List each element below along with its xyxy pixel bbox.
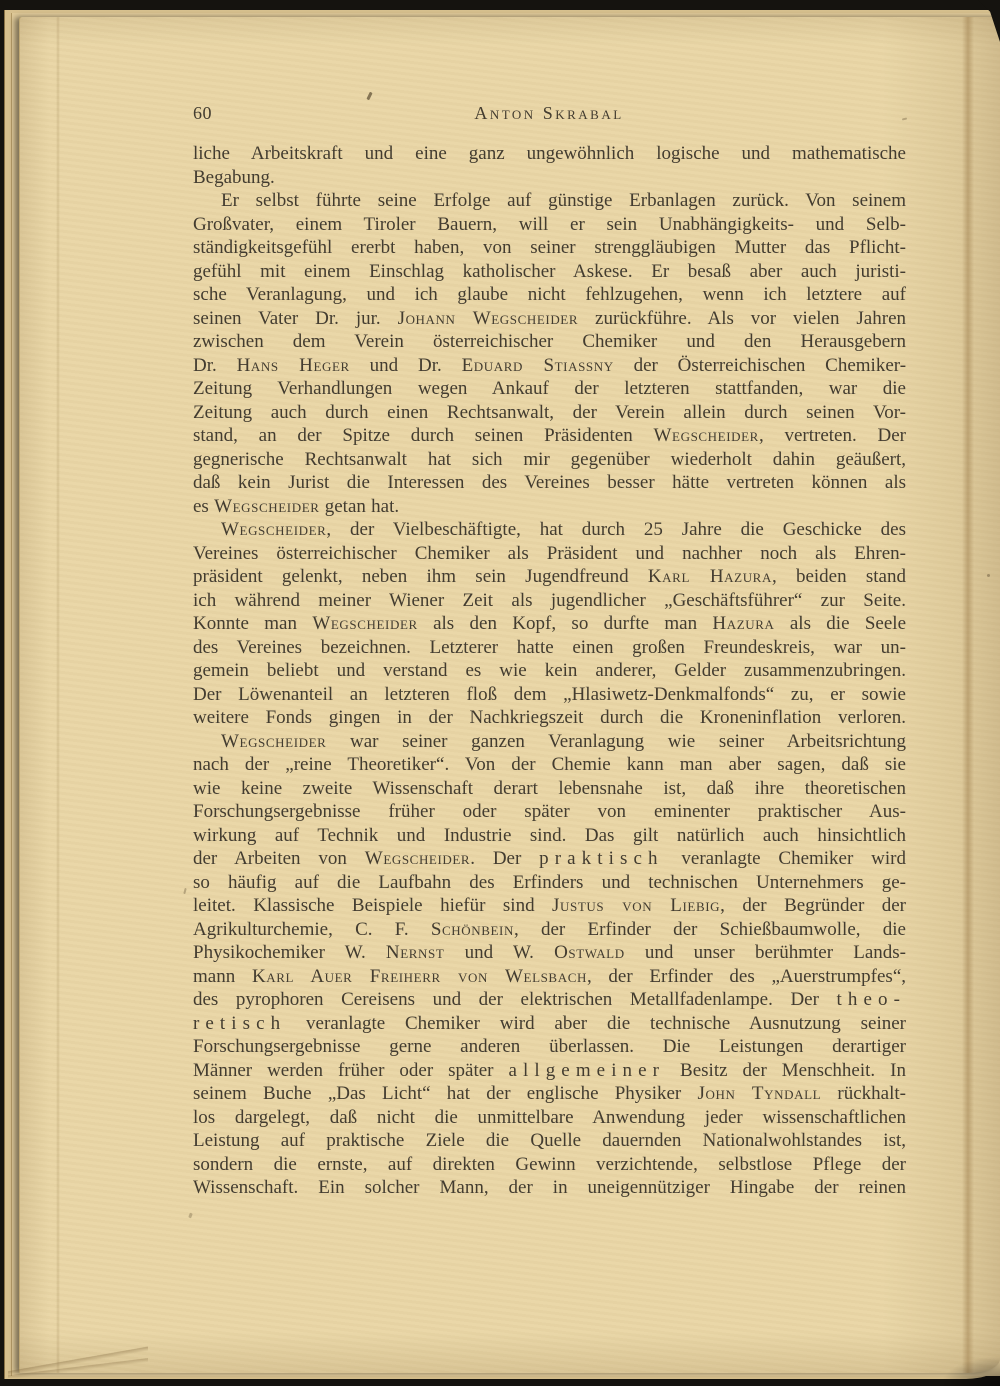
text-line: Wegscheider, der Vielbeschäftigte, hat d… xyxy=(193,518,906,542)
text-segment: Besitz der Menschheit. In xyxy=(665,1060,906,1081)
text-segment: und unser berühmter Lands- xyxy=(625,942,906,963)
text-segment: gemein beliebt und verstand es wie kein … xyxy=(193,660,906,681)
text-segment: daß kein Jurist die Interessen des Verei… xyxy=(193,472,906,493)
text-segment: Konnte man xyxy=(193,613,312,634)
text-segment: so häufig auf die Laufbahn des Erfinders… xyxy=(193,872,906,893)
text-line: gegnerische Rechtsanwalt hat sich mir ge… xyxy=(193,448,906,472)
text-line: Vereines österreichischer Chemiker als P… xyxy=(193,542,906,566)
text-line: Dr. Hans Heger und Dr. Eduard Stiassny d… xyxy=(193,354,906,378)
text-line: leitet. Klassische Beispiele hiefür sind… xyxy=(193,894,906,918)
text-line: stand, an der Spitze durch seinen Präsid… xyxy=(193,424,906,448)
text-line: zwischen dem Verein österreichischer Che… xyxy=(193,330,906,354)
text-line: Forschungsergebnisse früher oder später … xyxy=(193,800,906,824)
text-segment: . Der xyxy=(470,848,539,869)
page-number: 60 xyxy=(193,103,212,124)
text-segment: des Vereines bezeichnen. Letzterer hatte… xyxy=(193,637,906,658)
text-segment: , der Erfinder des „Auerstrumpfes“, xyxy=(587,966,906,987)
person-name: Wegscheider xyxy=(312,613,417,634)
text-segment: und W. xyxy=(444,942,554,963)
text-segment: Physikochemiker W. xyxy=(193,942,386,963)
text-segment: präsident gelenkt, neben ihm sein Jugend… xyxy=(193,566,648,587)
body-text: liche Arbeitskraft und eine ganz ungewöh… xyxy=(193,142,906,1200)
text-segment: Der Löwenanteil an letzteren floß dem „H… xyxy=(193,684,906,705)
text-segment: veranlagte Chemiker wird xyxy=(664,848,906,869)
text-segment: , der Erfinder der Schießbaumwolle, die xyxy=(514,919,906,940)
text-segment: Zeitung auch durch einen Rechtsanwalt, d… xyxy=(193,402,906,423)
text-segment: stand, an der Spitze durch seinen Präsid… xyxy=(193,425,654,446)
left-margin-fold xyxy=(56,17,60,1373)
text-segment: los dargelegt, daß nicht die unmittelbar… xyxy=(193,1107,906,1128)
person-name: Justus von Liebig xyxy=(552,895,720,916)
text-line: sche Veranlagung, und ich glaube nicht f… xyxy=(193,283,906,307)
person-name: Eduard Stiassny xyxy=(462,355,614,376)
text-segment: Forschungsergebnisse früher oder später … xyxy=(193,801,906,822)
text-segment: sche Veranlagung, und ich glaube nicht f… xyxy=(193,284,906,305)
text-line: liche Arbeitskraft und eine ganz ungewöh… xyxy=(193,142,906,166)
text-line: Physikochemiker W. Nernst und W. Ostwald… xyxy=(193,941,906,965)
text-line: seinen Vater Dr. jur. Johann Wegscheider… xyxy=(193,307,906,331)
text-segment: , beiden stand xyxy=(772,566,906,587)
person-name: Hans Heger xyxy=(237,355,350,376)
text-segment: Dr. xyxy=(193,355,237,376)
text-segment: veranlagte Chemiker wird aber die techni… xyxy=(286,1013,906,1034)
text-line: weitere Fonds gingen in der Nachkriegsze… xyxy=(193,706,906,730)
text-line: Zeitung auch durch einen Rechtsanwalt, d… xyxy=(193,401,906,425)
text-line: Wegscheider war seiner ganzen Veranlagun… xyxy=(193,730,906,754)
text-line: Der Löwenanteil an letzteren floß dem „H… xyxy=(193,683,906,707)
emphasized-text: theo- xyxy=(837,989,906,1010)
text-line: nach der „reine Theoretiker“. Von der Ch… xyxy=(193,753,906,777)
text-segment: der Arbeiten von xyxy=(193,848,365,869)
text-segment: leitet. Klassische Beispiele hiefür sind xyxy=(193,895,552,916)
text-line: der Arbeiten von Wegscheider. Der prakti… xyxy=(193,847,906,871)
text-line: sondern die ernste, auf direkten Gewinn … xyxy=(193,1153,906,1177)
text-line: wirkung auf Technik und Industrie sind. … xyxy=(193,824,906,848)
text-segment: , vertreten. Der xyxy=(759,425,906,446)
text-segment: , der Vielbeschäftigte, hat durch 25 Jah… xyxy=(326,519,906,540)
text-segment: war seiner ganzen Veranlagung wie seiner… xyxy=(326,731,906,752)
text-line: gemein beliebt und verstand es wie kein … xyxy=(193,659,906,683)
text-line: des pyrophoren Cereisens und der elektri… xyxy=(193,988,906,1012)
text-segment: Agrikulturchemie, C. F. xyxy=(193,919,431,940)
emphasized-text: allgemeiner xyxy=(509,1060,666,1081)
text-segment: ich während meiner Wiener Zeit als jugen… xyxy=(193,590,906,611)
text-line: Zeitung Verhandlungen wegen Ankauf der l… xyxy=(193,377,906,401)
text-segment: wirkung auf Technik und Industrie sind. … xyxy=(193,825,906,846)
text-line: ich während meiner Wiener Zeit als jugen… xyxy=(193,589,906,613)
text-segment: , der Begründer der xyxy=(720,895,906,916)
person-name: Wegscheider xyxy=(221,731,326,752)
text-segment: Wissenschaft. Ein solcher Mann, der in u… xyxy=(193,1177,906,1198)
text-segment: Er selbst führte seine Erfolge auf günst… xyxy=(221,190,906,211)
text-segment: getan hat. xyxy=(320,496,400,517)
text-segment: der Österreichischen Chemiker- xyxy=(614,355,906,376)
text-line: gefühl mit einem Einschlag katholischer … xyxy=(193,260,906,284)
text-segment: zurückführe. Als vor vielen Jahren xyxy=(578,308,906,329)
text-line: mann Karl Auer Freiherr von Welsbach, de… xyxy=(193,965,906,989)
text-line: Konnte man Wegscheider als den Kopf, so … xyxy=(193,612,906,636)
text-segment: es xyxy=(193,496,214,517)
person-name: Schönbein xyxy=(431,919,514,940)
text-segment: gefühl mit einem Einschlag katholischer … xyxy=(193,261,906,282)
text-line: retisch veranlagte Chemiker wird aber di… xyxy=(193,1012,906,1036)
lifted-corner-shadow xyxy=(940,1356,1000,1386)
page-stack-corner xyxy=(8,1332,148,1378)
text-line: Großvater, einem Tiroler Bauern, will er… xyxy=(193,213,906,237)
person-name: John Tyndall xyxy=(697,1083,821,1104)
text-segment: ständigkeitsgefühl ererbt haben, von sei… xyxy=(193,237,906,258)
text-line: Leistung auf praktische Ziele die Quelle… xyxy=(193,1129,906,1153)
text-line: los dargelegt, daß nicht die unmittelbar… xyxy=(193,1106,906,1130)
person-name: Wegscheider xyxy=(654,425,759,446)
text-segment: Begabung. xyxy=(193,167,275,188)
text-segment: nach der „reine Theoretiker“. Von der Ch… xyxy=(193,754,906,775)
text-line: Forschungsergebnisse gerne anderen überl… xyxy=(193,1035,906,1059)
text-line: daß kein Jurist die Interessen des Verei… xyxy=(193,471,906,495)
text-segment: seinen Vater Dr. jur. xyxy=(193,308,398,329)
gutter-crease xyxy=(962,17,974,1373)
text-line: Männer werden früher oder später allgeme… xyxy=(193,1059,906,1083)
text-line: Begabung. xyxy=(193,166,906,190)
text-segment: Zeitung Verhandlungen wegen Ankauf der l… xyxy=(193,378,906,399)
text-line: präsident gelenkt, neben ihm sein Jugend… xyxy=(193,565,906,589)
text-segment: gegnerische Rechtsanwalt hat sich mir ge… xyxy=(193,449,906,470)
text-segment: als den Kopf, so durfte man xyxy=(418,613,713,634)
text-segment: Vereines österreichischer Chemiker als P… xyxy=(193,543,906,564)
running-head: Anton Skrabal xyxy=(193,101,905,124)
scan-artifact xyxy=(987,574,990,577)
text-segment: und Dr. xyxy=(350,355,462,376)
text-segment: Männer werden früher oder später xyxy=(193,1060,509,1081)
text-segment: Forschungsergebnisse gerne anderen überl… xyxy=(193,1036,906,1057)
text-segment: weitere Fonds gingen in der Nachkriegsze… xyxy=(193,707,906,728)
text-segment: wie keine zweite Wissenschaft derart leb… xyxy=(193,778,906,799)
text-line: Agrikulturchemie, C. F. Schönbein, der E… xyxy=(193,918,906,942)
text-line: seinem Buche „Das Licht“ hat der englisc… xyxy=(193,1082,906,1106)
text-segment: als die Seele xyxy=(775,613,906,634)
person-name: Johann Wegscheider xyxy=(398,308,579,329)
person-name: Wegscheider xyxy=(214,496,319,517)
text-segment: liche Arbeitskraft und eine ganz ungewöh… xyxy=(193,143,906,164)
person-name: Karl Hazura xyxy=(648,566,772,587)
emphasized-text: retisch xyxy=(193,1013,286,1034)
text-line: Er selbst führte seine Erfolge auf günst… xyxy=(193,189,906,213)
scanned-book-page: 60 Anton Skrabal liche Arbeitskraft und … xyxy=(0,0,1000,1386)
person-name: Nernst xyxy=(386,942,445,963)
page-header: 60 Anton Skrabal xyxy=(193,101,905,127)
text-segment: seinem Buche „Das Licht“ hat der englisc… xyxy=(193,1083,697,1104)
text-line: es Wegscheider getan hat. xyxy=(193,495,906,519)
person-name: Hazura xyxy=(712,613,774,634)
text-line: ständigkeitsgefühl ererbt haben, von sei… xyxy=(193,236,906,260)
text-segment: des pyrophoren Cereisens und der elektri… xyxy=(193,989,837,1010)
person-name: Ostwald xyxy=(554,942,625,963)
emphasized-text: praktisch xyxy=(539,848,663,869)
text-segment: sondern die ernste, auf direkten Gewinn … xyxy=(193,1154,906,1175)
text-line: so häufig auf die Laufbahn des Erfinders… xyxy=(193,871,906,895)
text-line: Wissenschaft. Ein solcher Mann, der in u… xyxy=(193,1176,906,1200)
person-name: Wegscheider xyxy=(365,848,470,869)
person-name: Karl Auer Freiherr von Welsbach xyxy=(252,966,587,987)
text-segment: Großvater, einem Tiroler Bauern, will er… xyxy=(193,214,906,235)
text-line: wie keine zweite Wissenschaft derart leb… xyxy=(193,777,906,801)
text-line: des Vereines bezeichnen. Letzterer hatte… xyxy=(193,636,906,660)
person-name: Wegscheider xyxy=(221,519,326,540)
text-segment: mann xyxy=(193,966,252,987)
text-segment: zwischen dem Verein österreichischer Che… xyxy=(193,331,906,352)
text-segment: rückhalt- xyxy=(821,1083,906,1104)
text-segment: Leistung auf praktische Ziele die Quelle… xyxy=(193,1130,906,1151)
